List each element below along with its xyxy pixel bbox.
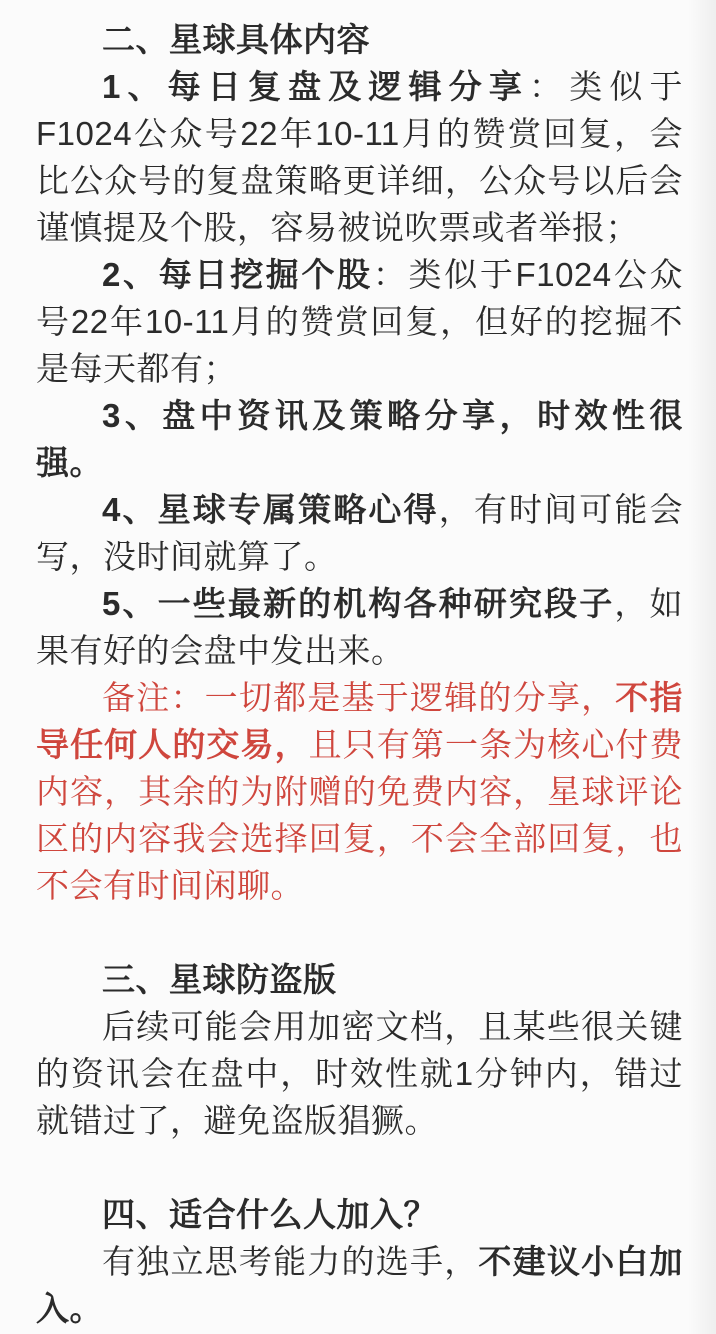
bold-text-run: 1、每日复盘及逻辑分享 [102, 68, 529, 105]
paragraph: 有独立思考能力的选手，不建议小白加入。 [36, 1238, 683, 1332]
paragraph: 后续可能会用加密文档，且某些很关键的资讯会在盘中，时效性就1分钟内，错过就错过了… [36, 1003, 683, 1144]
paragraph: 5、一些最新的机构各种研究段子，如果有好的会盘中发出来。 [36, 580, 683, 674]
text-run: 备注：一切都是基于逻辑的分享， [102, 679, 615, 716]
bold-text-run: 2、每日挖掘个股 [102, 256, 373, 293]
bold-text-run: 5、一些最新的机构各种研究段子 [102, 585, 614, 622]
text-run: 后续可能会用加密文档，且某些很关键的资讯会在盘中，时效性就1分钟内，错过就错过了… [36, 1008, 683, 1139]
paragraph: 2、每日挖掘个股：类似于F1024公众号22年10-11月的赞赏回复，但好的挖掘… [36, 251, 683, 392]
bold-text-run: 4、星球专属策略心得 [102, 491, 439, 528]
paragraph: 3、盘中资讯及策略分享，时效性很强。 [36, 392, 683, 486]
paragraph: 1、每日复盘及逻辑分享：类似于F1024公众号22年10-11月的赞赏回复，会比… [36, 63, 683, 251]
text-run: 有独立思考能力的选手， [102, 1243, 478, 1280]
screenshot-root: { "colors": { "background": "#fbfbfb", "… [0, 0, 716, 1334]
paragraph: 4、星球专属策略心得，有时间可能会写，没时间就算了。 [36, 486, 683, 580]
section-heading: 三、星球防盗版 [36, 956, 683, 1003]
bold-text-run: 3、盘中资讯及策略分享，时效性很强。 [36, 397, 683, 481]
section-heading: 二、星球具体内容 [36, 16, 683, 63]
document-body: 二、星球具体内容1、每日复盘及逻辑分享：类似于F1024公众号22年10-11月… [0, 0, 716, 1334]
section-heading: 四、适合什么人加入？ [36, 1191, 683, 1238]
note-paragraph: 备注：一切都是基于逻辑的分享，不指导任何人的交易，且只有第一条为核心付费内容，其… [36, 674, 683, 909]
